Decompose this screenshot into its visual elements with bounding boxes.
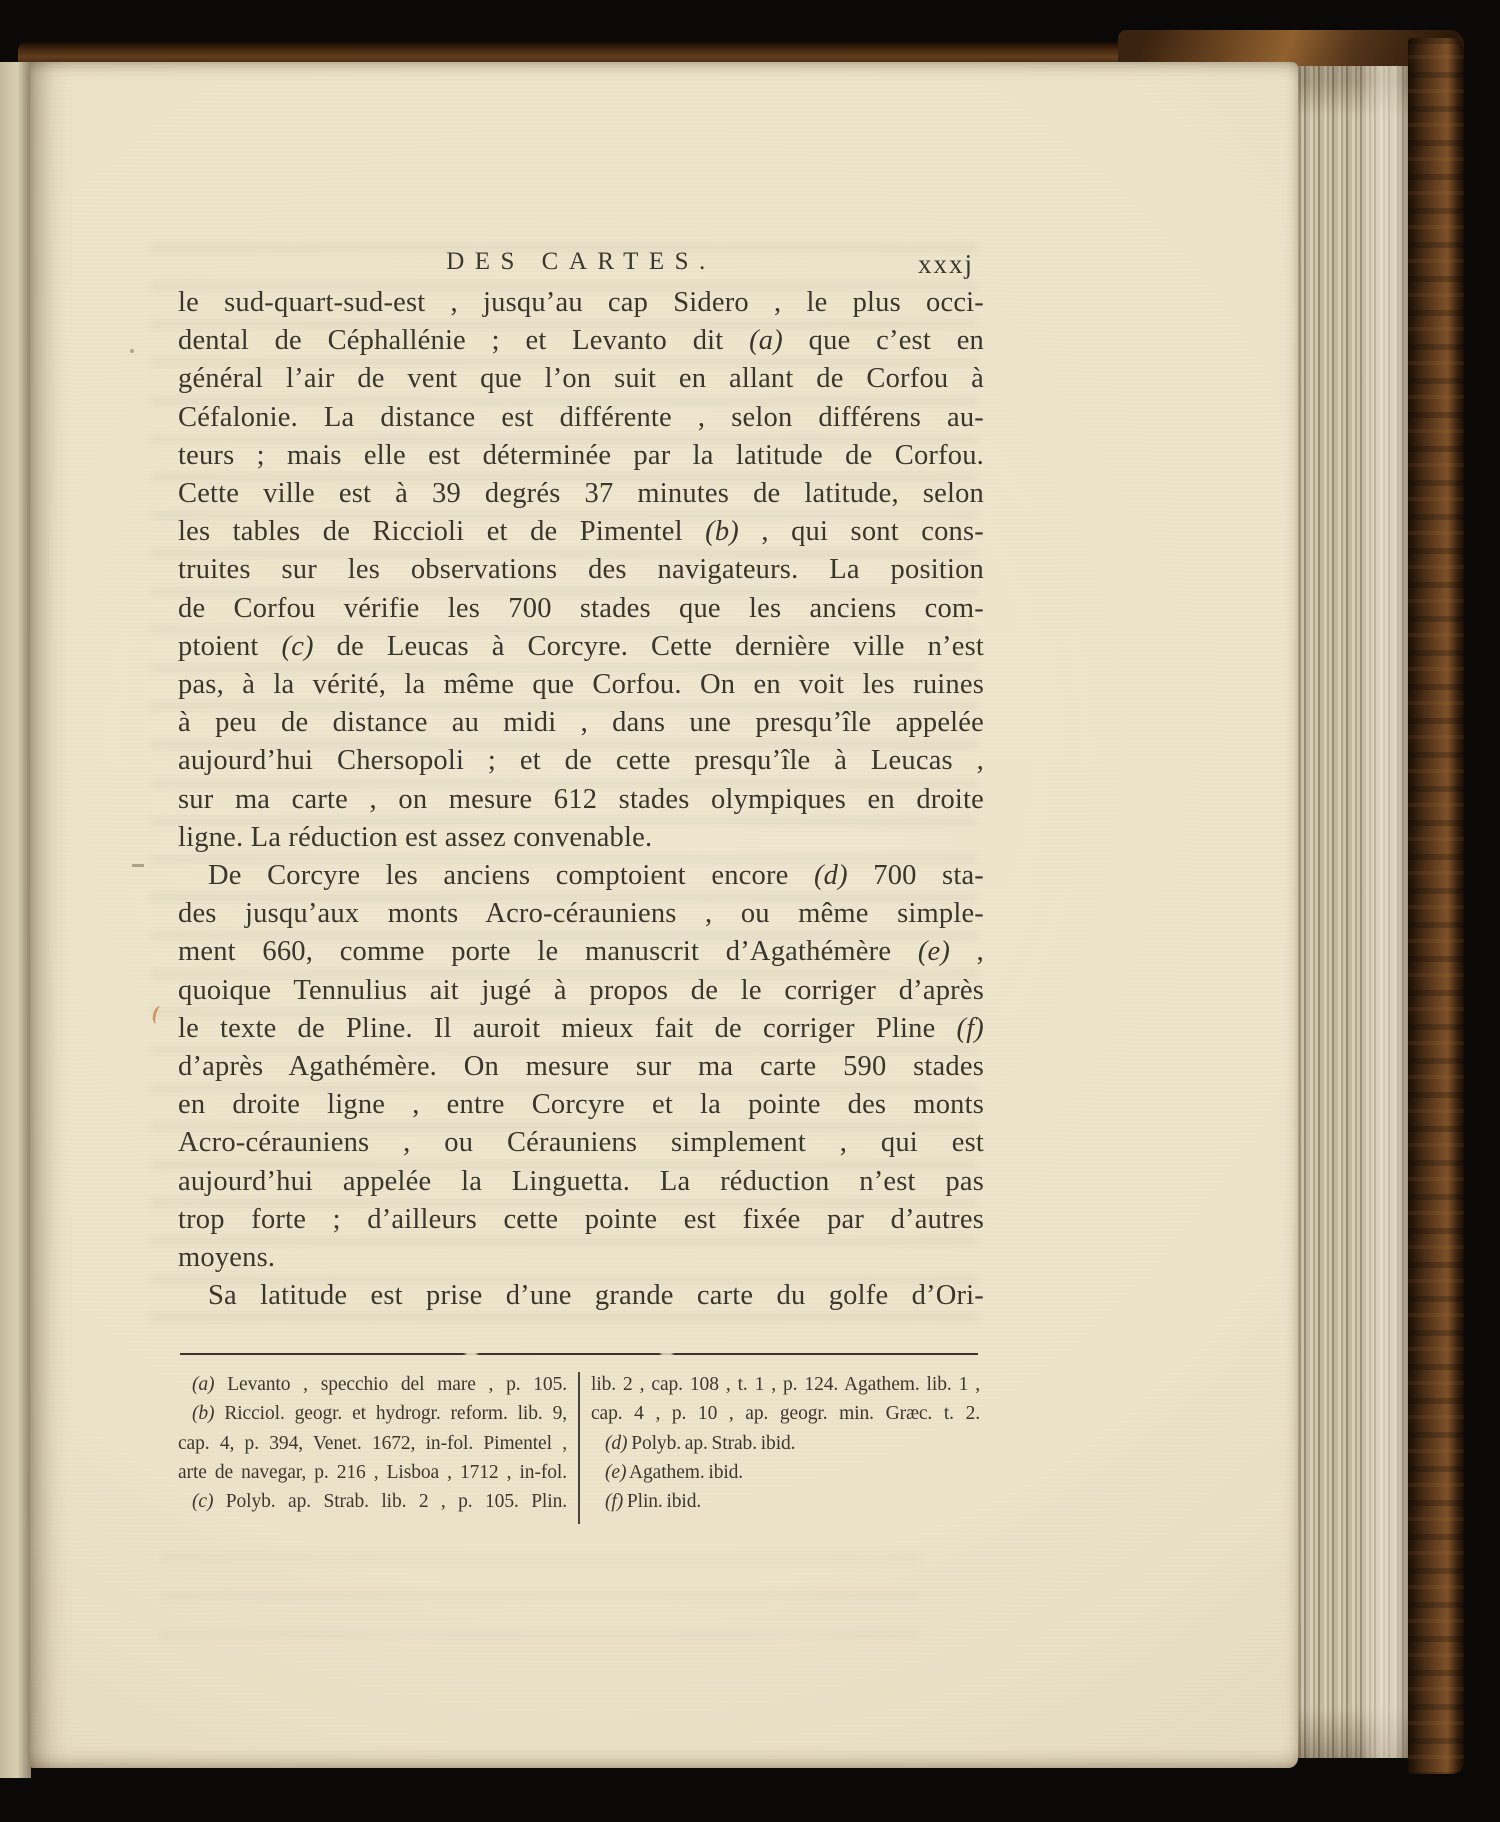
footnote-column-divider [578,1372,580,1524]
facing-page-sliver [0,62,31,1778]
body-line: ment 660, comme porte le manuscrit d’Aga… [178,933,984,971]
running-head-row: DES CARTES. xxxj [178,248,984,288]
footnote-line: (a) Levanto , specchio del mare , p. 105… [178,1370,567,1399]
body-line: en droite ligne , entre Corcyre et la po… [178,1086,984,1124]
body-line: les tables de Riccioli et de Pimentel (b… [178,513,984,551]
body-line: Cette ville est à 39 degrés 37 minutes d… [178,475,984,513]
footnote-line: cap. 4, p. 394, Venet. 1672, in-fol. Pim… [178,1429,567,1458]
running-head: DES CARTES. [178,248,984,276]
footnote-line: (f) Plin. ibid. [591,1487,980,1516]
body-line: de Corfou vérifie les 700 stades que les… [178,590,984,628]
show-through-ghost [160,1532,920,1652]
page-stack-fore-edge [1296,66,1410,1758]
paper-speck [130,349,134,353]
body-line: dental de Céphallénie ; et Levanto dit (… [178,322,984,360]
page-number: xxxj [918,249,974,280]
body-line: Acro-cérauniens , ou Cérauniens simpleme… [178,1124,984,1162]
body-line: Sa latitude est prise d’une grande carte… [178,1277,984,1315]
footnote-line: (d) Polyb. ap. Strab. ibid. [591,1429,980,1458]
body-line: teurs ; mais elle est déterminée par la … [178,437,984,475]
footnote-line: arte de navegar, p. 216 , Lisboa , 1712 … [178,1458,567,1487]
body-line: pas, à la vérité, la même que Corfou. On… [178,666,984,704]
body-line: trop forte ; d’ailleurs cette pointe est… [178,1201,984,1239]
body-line: ptoient (c) de Leucas à Corcyre. Cette d… [178,628,984,666]
body-line: sur ma carte , on mesure 612 stades olym… [178,781,984,819]
body-line: général l’air de vent que l’on suit en a… [178,360,984,398]
body-line: le sud-quart-sud-est , jusqu’au cap Side… [178,284,984,322]
footnote-line: (b) Ricciol. geogr. et hydrogr. reform. … [178,1399,567,1428]
body-text: le sud-quart-sud-est , jusqu’au cap Side… [178,284,984,1315]
body-line: quoique Tennulius ait jugé à propos de l… [178,972,984,1010]
footnote-line: lib. 2 , cap. 108 , t. 1 , p. 124. Agath… [591,1370,980,1399]
footnote-line: (c) Polyb. ap. Strab. lib. 2 , p. 105. P… [178,1487,567,1516]
body-line: moyens. [178,1239,984,1277]
book-cover-right-edge [1408,38,1464,1774]
footnotes: (a) Levanto , specchio del mare , p. 105… [178,1370,984,1524]
footnote-rule [180,1353,978,1355]
body-line: truites sur les observations des navigat… [178,551,984,589]
footnote-column-right: lib. 2 , cap. 108 , t. 1 , p. 124. Agath… [591,1370,980,1524]
page: DES CARTES. xxxj le sud-quart-sud-est , … [30,62,1298,1768]
footnote-column-left: (a) Levanto , specchio del mare , p. 105… [178,1370,567,1524]
body-line: des jusqu’aux monts Acro-cérauniens , ou… [178,895,984,933]
body-line: à peu de distance au midi , dans une pre… [178,704,984,742]
body-line: ligne. La réduction est assez convenable… [178,819,984,857]
body-line: le texte de Pline. Il auroit mieux fait … [178,1010,984,1048]
body-line: De Corcyre les anciens comptoient encore… [178,857,984,895]
body-line: Céfalonie. La distance est différente , … [178,399,984,437]
body-line: aujourd’hui Chersopoli ; et de cette pre… [178,742,984,780]
book-photo-background: DES CARTES. xxxj le sud-quart-sud-est , … [0,0,1500,1822]
footnote-line: (e) Agathem. ibid. [591,1458,980,1487]
margin-mark-red [151,1005,166,1025]
margin-mark [132,864,144,867]
footnote-line: cap. 4 , p. 10 , ap. geogr. min. Græc. t… [591,1399,980,1428]
body-line: d’après Agathémère. On mesure sur ma car… [178,1048,984,1086]
body-line: aujourd’hui appelée la Linguetta. La réd… [178,1163,984,1201]
